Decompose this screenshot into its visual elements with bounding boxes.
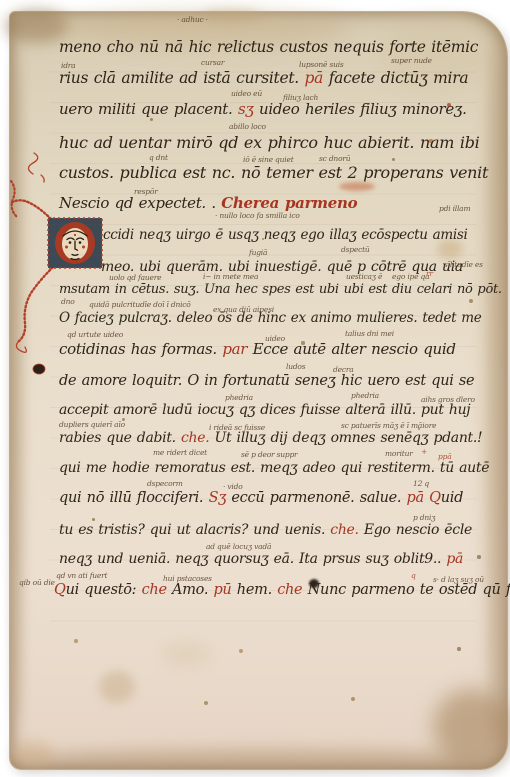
interlinear-gloss: lupsonē suis [299, 60, 344, 69]
text-segment: meno cho nū nā hic relictus custos nequi… [59, 38, 478, 56]
text-segment: rius clā amilite ad istā cursitet. [59, 69, 305, 87]
stain [13, 741, 53, 767]
text-segment: Nescio qd expectet. . [59, 194, 221, 212]
stain [161, 641, 211, 667]
interlinear-gloss: sc dnorū [319, 154, 350, 163]
rubric-segment: pā [407, 490, 430, 506]
rubric-segment: pū [213, 582, 236, 598]
interlinear-gloss: fugiā [249, 248, 267, 257]
rubric-segment: Cherea parmeno [221, 194, 357, 212]
text-segment: de amore loquitr. O in fortunatū seneʒ h… [59, 373, 474, 389]
text-line: Nescio qd expectet. . Cherea parmeno [59, 194, 357, 213]
text-segment: Amo. [172, 582, 213, 598]
rubric-segment: par [222, 340, 252, 358]
text-segment: huc ad uentar mirō qd ex phirco huc abie… [59, 133, 479, 152]
interlinear-gloss: talius dni mei [345, 329, 394, 338]
interlinear-gloss: rr [426, 269, 433, 278]
text-line: ccidi neqʒ uirgo ē usqʒ neqʒ ego illaʒ e… [103, 227, 468, 244]
interlinear-gloss: super nude [391, 56, 432, 65]
interlinear-gloss: hui pstacoses [163, 574, 212, 583]
text-segment: cotidinas has formas. [59, 340, 222, 358]
text-line: de amore loquitr. O in fortunatū seneʒ h… [59, 372, 474, 390]
speck [469, 299, 473, 303]
text-line: neqʒ und ueniā. neqʒ quorsuʒ eā. Ita prs… [59, 551, 463, 569]
interlinear-gloss: ludos [286, 362, 305, 371]
text-segment: uero militi que placent. [59, 100, 238, 118]
photo-background: meno cho nū nā hic relictus custos nequi… [0, 0, 510, 777]
rubric-segment: Q [429, 490, 441, 506]
interlinear-gloss: phedria [225, 393, 253, 402]
speck [204, 701, 208, 705]
speck [477, 555, 481, 559]
text-line: rius clā amilite ad istā cursitet. pā fa… [59, 69, 468, 88]
text-segment: eccū parmenonē. salue. [231, 490, 406, 506]
speck [239, 649, 243, 653]
rubric-segment: pā [446, 551, 463, 567]
text-line: huc ad uentar mirō qd ex phirco huc abie… [59, 133, 479, 153]
text-segment: accepit amorē ludū iocuʒ qʒ dices fuisse… [59, 402, 470, 418]
speck [457, 647, 460, 650]
text-segment: neqʒ und ueniā. neqʒ quorsuʒ eā. Ita prs… [59, 551, 446, 567]
interlinear-gloss: p dniʒ [413, 513, 435, 522]
text-segment: uideo heriles filiuʒ minoreʒ. [259, 100, 467, 118]
text-segment: facete dictūʒ mira [329, 69, 469, 87]
interlinear-gloss: s· d laʒ suʒ oū [433, 575, 484, 584]
interlinear-gloss: qd urtute uideo [67, 330, 123, 339]
rubric-segment: che [277, 582, 307, 598]
stain [201, 9, 261, 23]
interlinear-gloss: qib oū die [19, 578, 55, 587]
text-line: qui nō illū flocciferi. Sʒ eccū parmenon… [59, 489, 463, 507]
interlinear-gloss: q [411, 571, 416, 580]
text-segment: rabies que dabit. [59, 430, 181, 446]
interlinear-gloss: sē p deor suppr [241, 450, 297, 459]
interlinear-gloss: q dnt [149, 153, 168, 162]
interlinear-gloss: decra [333, 365, 354, 374]
manuscript-page: meno cho nū nā hic relictus custos nequi… [9, 11, 508, 770]
rubric-segment: Q [54, 582, 66, 598]
text-segment: qui me hodie remoratus est. meqʒ adeo qu… [59, 460, 489, 476]
interlinear-gloss: pdi illam [439, 204, 470, 213]
speck [74, 639, 78, 643]
interlinear-gloss: sīlitudīe es [444, 260, 483, 269]
interlinear-gloss: + [421, 447, 427, 456]
rubric-segment: pā [305, 69, 329, 87]
text-segment: uid [441, 490, 463, 506]
interlinear-gloss: moritur [385, 449, 413, 458]
interlinear-gloss: abillo loco [229, 122, 266, 131]
interlinear-gloss: uideo eū [231, 89, 262, 98]
interlinear-gloss: i rideā sc fuisse [209, 423, 265, 432]
text-line: tu es tristis? qui ut alacris? und uenis… [59, 522, 472, 540]
text-line: uero militi que placent. sʒ uideo herile… [59, 100, 467, 119]
interlinear-gloss: dupliers quierī aīo [59, 420, 125, 429]
interlinear-gloss: respōr [134, 187, 158, 196]
text-segment: custos. publica est nc. nō temer est 2 p… [59, 163, 488, 182]
interlinear-gloss: qd vn ati fuert [56, 571, 107, 580]
interlinear-gloss: · adhuc · [177, 15, 208, 24]
text-segment: Ut illuʒ dij deqʒ omnes senēqʒ pdant.! [215, 430, 483, 446]
stain [485, 41, 505, 741]
rubric-segment: Sʒ [209, 490, 232, 506]
text-segment: msutam in cētus. suʒ. Una hec spes est u… [59, 282, 502, 297]
interlinear-gloss: cursar [201, 58, 224, 67]
text-segment: ccidi neqʒ uirgo ē usqʒ neqʒ ego illaʒ e… [103, 227, 468, 243]
text-line: cotidinas has formas. par Ecce autē alte… [59, 340, 456, 359]
interlinear-gloss: quidā pulcritudīe doī ī dnicō [89, 300, 191, 309]
speck [392, 158, 395, 161]
text-segment: qui nō illū flocciferi. [59, 490, 209, 506]
interlinear-gloss: iō ē sine quiet [243, 155, 294, 164]
interlinear-gloss: phedria [351, 391, 379, 400]
text-segment: ui questō: [66, 582, 142, 598]
interlinear-gloss: me ridert dicet [153, 448, 207, 457]
interlinear-gloss: 12 q [413, 479, 429, 488]
text-line: qui me hodie remoratus est. meqʒ adeo qu… [59, 460, 489, 478]
text-line: accepit amorē ludū iocuʒ qʒ dices fuisse… [59, 402, 470, 420]
text-segment: Nunc parmeno te ostēd qū fies. [308, 582, 510, 598]
speck [351, 697, 355, 701]
interlinear-gloss: filiuʒ lach [283, 93, 318, 102]
stain [339, 182, 375, 191]
interlinear-gloss: aihs gros dlero [421, 395, 475, 404]
interlinear-gloss: uesticaʒ ē [346, 272, 382, 281]
interlinear-gloss: ppā [438, 452, 451, 461]
interlinear-gloss: uideo [265, 334, 285, 343]
text-line: meno cho nū nā hic relictus custos nequi… [59, 38, 478, 57]
rubric-segment: che [142, 582, 172, 598]
text-segment: Ego nescio ēcle [364, 522, 472, 538]
interlinear-gloss: ex qua diū aipęsi [213, 305, 274, 314]
text-line: msutam in cētus. suʒ. Una hec spes est u… [59, 282, 502, 298]
rubric-segment: che. [330, 522, 364, 538]
interlinear-gloss: dspecorm [147, 479, 183, 488]
rubric-segment: sʒ [238, 100, 259, 118]
text-line: custos. publica est nc. nō temer est 2 p… [59, 163, 488, 183]
interlinear-gloss: idra [61, 61, 75, 70]
text-segment: tu es tristis? qui ut alacris? und uenis… [59, 522, 330, 538]
text-line: rabies que dabit. che. Ut illuʒ dij deqʒ… [59, 430, 482, 448]
rubric-segment: che. [181, 430, 215, 446]
text-segment: hem. [237, 582, 277, 598]
interlinear-gloss: dno [61, 297, 75, 306]
historiated-initial-O [47, 217, 103, 269]
interlinear-gloss: dspectū [341, 245, 370, 254]
interlinear-gloss: · vido [223, 482, 243, 491]
stain [99, 671, 135, 703]
interlinear-gloss: i~ in mete mea [203, 272, 258, 281]
interlinear-gloss: ego ipē qa [392, 272, 429, 281]
stain [41, 747, 481, 767]
interlinear-gloss: uolo qd fauere [109, 273, 161, 282]
speck [92, 518, 95, 521]
interlinear-gloss: · nullo loco fa smilla ico [215, 211, 300, 220]
interlinear-gloss: ad quē locuʒ vadā [206, 542, 271, 551]
interlinear-gloss: sc patuerīs māʒ ē ī māiore [341, 421, 436, 430]
